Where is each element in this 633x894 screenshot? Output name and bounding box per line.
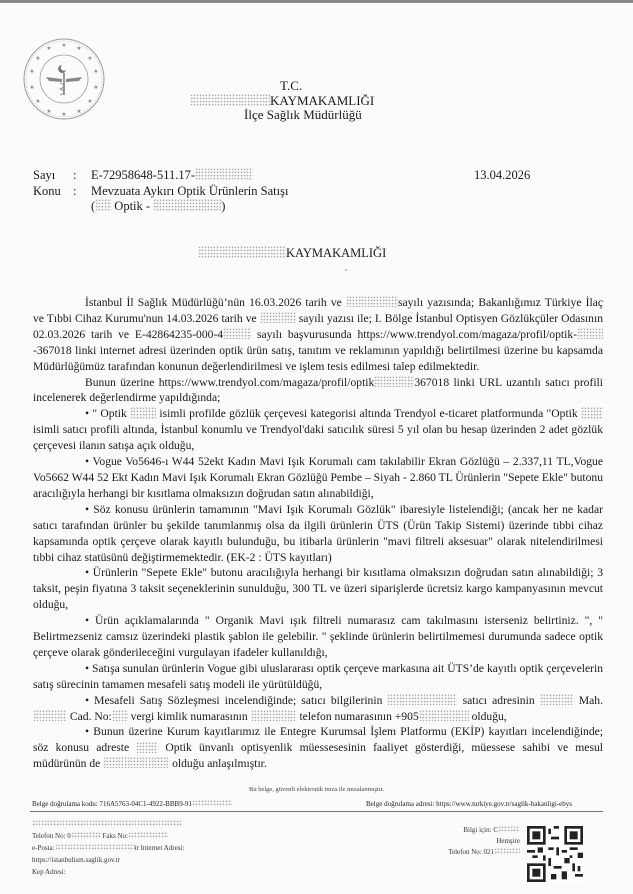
redacted-text	[103, 757, 169, 768]
bullet-4: • Ürünlerin "Sepete Ekle" butonu aracılı…	[33, 565, 603, 613]
text: Bunun üzerine https://www.trendyol.com/m…	[85, 376, 374, 389]
telefon-label: Telefon No:	[32, 832, 66, 840]
svg-text:★: ★	[46, 45, 51, 52]
text: isimli profilde gözlük çerçevesi kategor…	[156, 407, 581, 420]
document-body: İstanbul İl Sağlık Müdürlüğü’nün 16.03.2…	[33, 295, 603, 772]
verify-code: Belge doğrulama kodu: 716A5763-04C1-4922…	[32, 800, 232, 808]
redacted-text	[128, 832, 168, 839]
verify-code-label: Belge doğrulama kodu:	[32, 800, 98, 808]
redacted-text	[577, 328, 603, 339]
konu-optik: Optik -	[111, 199, 153, 213]
sayi-value: E-72958648-511.17-	[91, 168, 195, 182]
bullet-1: • " Optik isimli profilde gözlük çerçeve…	[33, 406, 603, 454]
text: İstanbul İl Sağlık Müdürlüğü’nün 16.03.2…	[85, 296, 346, 309]
redacted-text	[540, 694, 574, 705]
text: Mah.	[574, 694, 603, 707]
redacted-text	[498, 826, 520, 833]
paren: )	[221, 199, 225, 213]
footer-contact: Telefon No: 0 Faks No: e-Posta:tr Intern…	[32, 818, 184, 878]
bilgi-telefon: Telefon No: 021	[448, 848, 494, 856]
konu-line2: ( Optik - )	[91, 199, 225, 214]
document-date: 13.04.2026	[474, 168, 530, 183]
svg-text:★: ★	[76, 108, 81, 115]
redacted-text	[71, 832, 101, 839]
redacted-text	[251, 710, 297, 721]
bullet-3: • Söz konusu ürünlerin tamamının "Mavi I…	[33, 502, 603, 566]
sayi-label: Sayı	[33, 168, 73, 183]
text: telefon numarasının +905	[297, 710, 419, 723]
redacted-text	[346, 296, 398, 307]
text: sayılı başvurusunda https://www.trendyol…	[251, 328, 577, 341]
bullet-5: • Ürün açıklamalarında " Organik Mavi ış…	[33, 613, 603, 661]
text: • " Optik	[85, 407, 130, 420]
bullet-7: • Mesafeli Satış Sözleşmesi incelendiğin…	[33, 693, 603, 725]
konu-label: Konu	[33, 184, 73, 199]
text: isimli satıcı profili altında, İstanbul …	[33, 423, 603, 452]
verify-address-link[interactable]: https://www.turkiye.gov.tr/saglik-bakanl…	[436, 800, 572, 808]
svg-text:★: ★	[61, 111, 66, 118]
addressee-text: KAYMAKAMLIĞI	[286, 246, 386, 260]
redacted-text	[55, 844, 135, 851]
redacted-text	[112, 710, 128, 721]
svg-text:★: ★	[46, 108, 51, 115]
paragraph-1: İstanbul İl Sağlık Müdürlüğü’nün 16.03.2…	[33, 295, 603, 375]
text: Cad. No:	[67, 710, 112, 723]
svg-text:★: ★	[29, 68, 34, 75]
redacted-text	[192, 800, 232, 807]
internet-link[interactable]: https://istanbulism.saglik.gov.tr	[32, 854, 184, 866]
text: olduğu,	[469, 710, 507, 723]
text: -367018 linki internet adresi üzerinden …	[33, 344, 603, 373]
ministry-seal-icon: ★★★ ★★ ★★ ★★ ★★ ★★★	[22, 37, 106, 121]
redacted-text	[419, 710, 469, 721]
verify-code-value: 716A5763-04C1-4922-BBB9-91	[99, 800, 192, 808]
bilgi-label: Bilgi için: C	[463, 826, 498, 834]
e-signature-note: Bu belge, güvenli elektronik imza ile im…	[0, 786, 633, 793]
konu-value: Mevzuata Aykırı Optik Ürünlerin Satışı	[91, 184, 288, 198]
svg-text:★: ★	[87, 98, 92, 105]
internet-label: Internet Adresi:	[141, 844, 185, 852]
redacted-text	[198, 246, 286, 258]
svg-text:★: ★	[35, 55, 40, 62]
redacted-text	[195, 168, 253, 180]
text: vergi kimlik numarasının	[128, 710, 251, 723]
eposta-suffix: tr	[135, 844, 139, 852]
svg-text:★: ★	[87, 55, 92, 62]
header-authority: KAYMAKAMLIĞI	[190, 93, 430, 108]
faks-label: Faks No:	[103, 832, 128, 840]
redacted-address	[32, 820, 182, 827]
redacted-text	[153, 199, 221, 211]
redacted-text	[387, 694, 457, 705]
svg-text:★: ★	[76, 45, 81, 52]
svg-text:★: ★	[61, 42, 66, 49]
eposta-label: e-Posta:	[32, 844, 55, 852]
colon: :	[73, 168, 91, 183]
document-page: ★★★ ★★ ★★ ★★ ★★ ★★★ T.C. KAYMAKAMLIĞI İl…	[0, 0, 633, 894]
verify-address-label: Belge doğrulama adresi:	[366, 800, 434, 808]
bullet-6: • Satışa sunulan ürünlerin Vogue gibi ul…	[33, 661, 603, 693]
svg-text:★: ★	[93, 68, 98, 75]
text: • Mesafeli Satış Sözleşmesi incelendiğin…	[85, 694, 387, 707]
text: satıcı adresinin	[457, 694, 539, 707]
redacted-text	[190, 94, 270, 106]
redacted-text	[130, 407, 156, 418]
scan-speck	[345, 269, 347, 271]
qr-code-icon[interactable]	[527, 826, 583, 882]
redacted-text	[95, 199, 111, 211]
footer-info: Bilgi için: C Hemşire Telefon No: 021	[420, 825, 520, 858]
redacted-text	[494, 848, 520, 855]
header-department: İlçe Sağlık Müdürlüğü	[244, 107, 362, 122]
svg-text:★: ★	[35, 98, 40, 105]
bilgi-title: Hemşire	[420, 836, 520, 847]
redacted-text	[581, 407, 603, 418]
konu-row: Konu:Mevzuata Aykırı Optik Ürünlerin Sat…	[33, 184, 288, 199]
header-authority-text: KAYMAKAMLIĞI	[270, 93, 374, 108]
redacted-text	[136, 742, 158, 753]
kep-label: Kep Adresi:	[32, 866, 184, 878]
colon: :	[73, 184, 91, 199]
footer-divider	[30, 811, 603, 812]
svg-text:★: ★	[93, 84, 98, 91]
redacted-text	[33, 710, 67, 721]
svg-text:★: ★	[29, 84, 34, 91]
text: olduğu anlaşılmıştır.	[169, 757, 267, 770]
redacted-text	[223, 328, 251, 339]
header-tc: T.C.	[280, 78, 302, 93]
paragraph-2: Bunun üzerine https://www.trendyol.com/m…	[33, 375, 603, 407]
addressee: KAYMAKAMLIĞI	[198, 246, 386, 261]
redacted-text	[260, 312, 296, 323]
bullet-8: • Bunun üzerine Kurum kayıtlarımız ile E…	[33, 724, 603, 772]
bullet-2: • Vogue Vo5646-ı W44 52ekt Kadın Mavi Iş…	[33, 454, 603, 502]
redacted-text	[374, 376, 414, 387]
sayi-row: Sayı:E-72958648-511.17-	[33, 168, 253, 183]
verify-address: Belge doğrulama adresi: https://www.turk…	[366, 800, 572, 808]
